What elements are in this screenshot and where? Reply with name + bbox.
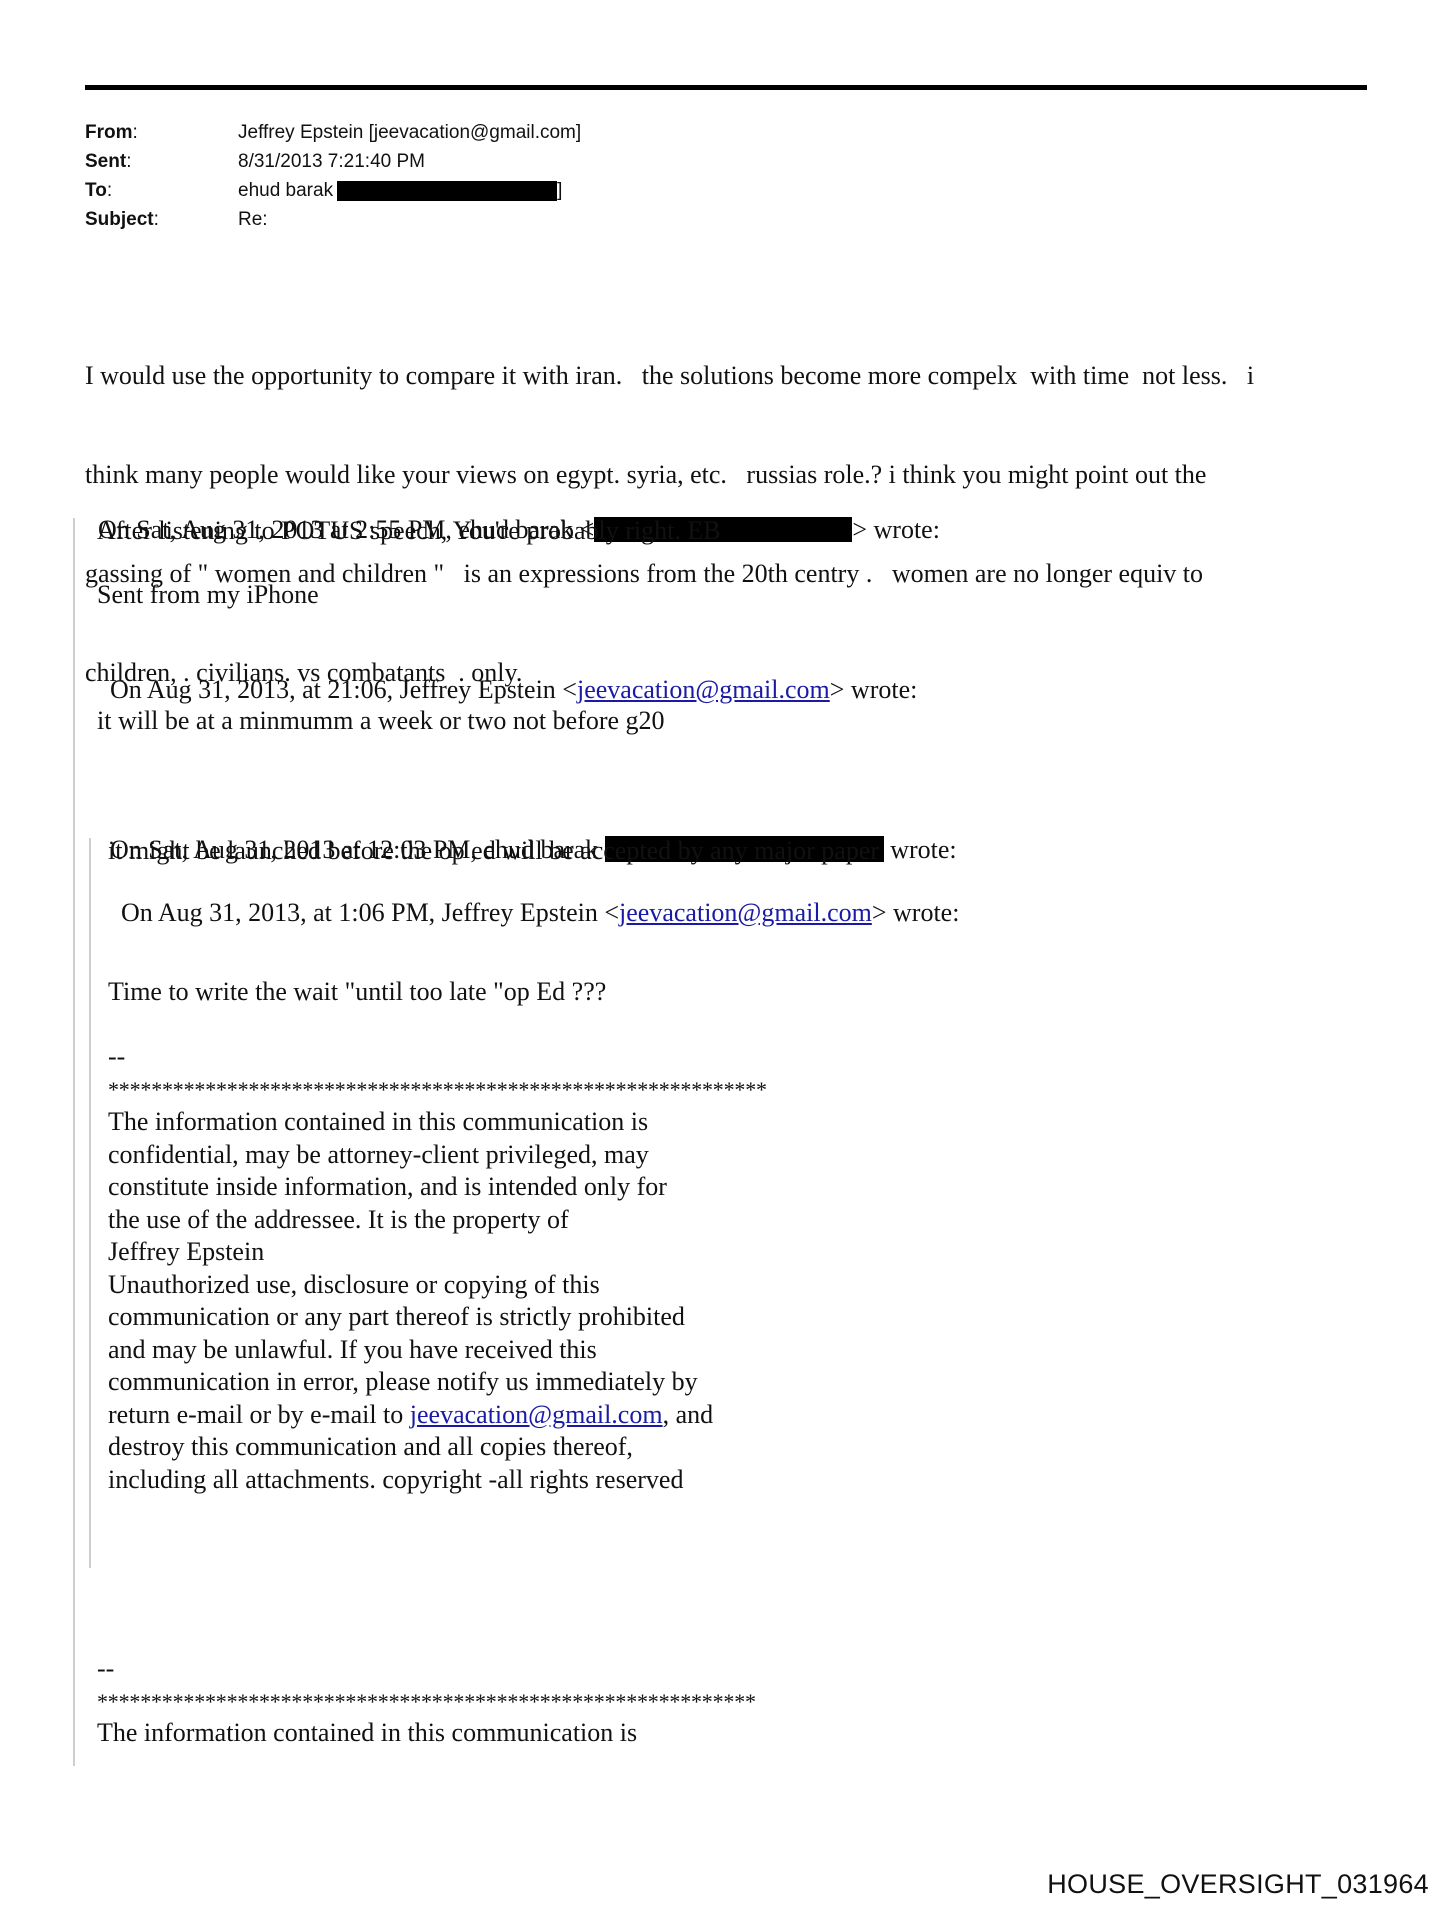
quote-text: Sent from my iPhone bbox=[97, 580, 319, 610]
quote-text: Time to write the wait "until too late "… bbox=[108, 977, 606, 1007]
quote-bar-outer bbox=[73, 518, 75, 1766]
disclaimer-line: The information contained in this commun… bbox=[108, 1106, 713, 1139]
signature-stars: ****************************************… bbox=[97, 1687, 756, 1717]
disclaimer-line: the use of the addressee. It is the prop… bbox=[108, 1204, 713, 1237]
quote-bar-inner bbox=[89, 838, 91, 1568]
to-row: To: ehud barak] bbox=[85, 176, 581, 205]
disclaimer-line: The information contained in this commun… bbox=[97, 1718, 637, 1748]
subject-label: Subject bbox=[85, 209, 154, 230]
email-link[interactable]: jeevacation@gmail.com bbox=[619, 898, 872, 927]
subject-row: Subject: Re: bbox=[85, 205, 581, 234]
disclaimer-line: Jeffrey Epstein bbox=[108, 1236, 713, 1269]
sent-label: Sent bbox=[85, 151, 126, 172]
from-label: From bbox=[85, 122, 133, 143]
to-name: ehud barak bbox=[238, 180, 333, 201]
disclaimer-line: communication in error, please notify us… bbox=[108, 1366, 713, 1399]
disclaimer-line: destroy this communication and all copie… bbox=[108, 1431, 713, 1464]
subject-value: Re: bbox=[238, 205, 268, 234]
quote-text: After listening to POTUS speech, You're … bbox=[97, 516, 721, 546]
disclaimer-line: constitute inside information, and is in… bbox=[108, 1171, 713, 1204]
quote-attribution: On Aug 31, 2013, at 1:06 PM, Jeffrey Eps… bbox=[108, 868, 959, 928]
bates-number: HOUSE_OVERSIGHT_031964 bbox=[1047, 1869, 1429, 1900]
body-line: I would use the opportunity to compare i… bbox=[85, 359, 1385, 392]
header-rule bbox=[85, 85, 1367, 90]
disclaimer-line: including all attachments. copyright -al… bbox=[108, 1464, 713, 1497]
sent-row: Sent: 8/31/2013 7:21:40 PM bbox=[85, 147, 581, 176]
email-link[interactable]: jeevacation@gmail.com bbox=[577, 675, 830, 704]
quote-attribution: On Aug 31, 2013, at 21:06, Jeffrey Epste… bbox=[97, 645, 917, 705]
from-row: From: Jeffrey Epstein [jeevacation@gmail… bbox=[85, 118, 581, 147]
disclaimer-line: confidential, may be attorney-client pri… bbox=[108, 1139, 713, 1172]
disclaimer-line: and may be unlawful. If you have receive… bbox=[108, 1334, 713, 1367]
disclaimer-line: return e-mail or by e-mail to jeevacatio… bbox=[108, 1399, 713, 1432]
to-suffix: ] bbox=[557, 180, 562, 201]
sent-value: 8/31/2013 7:21:40 PM bbox=[238, 147, 425, 176]
signature-dashes: -- bbox=[97, 1654, 114, 1684]
to-label: To bbox=[85, 180, 107, 201]
signature-dashes: -- bbox=[108, 1042, 125, 1072]
signature-stars: ****************************************… bbox=[108, 1075, 767, 1105]
disclaimer-line: communication or any part thereof is str… bbox=[108, 1301, 713, 1334]
redaction-box bbox=[337, 181, 557, 201]
email-header: From: Jeffrey Epstein [jeevacation@gmail… bbox=[85, 118, 581, 234]
quote-text: it will be at a minmumm a week or two no… bbox=[97, 706, 665, 736]
quote-text: it might be launched before the op ed wi… bbox=[108, 836, 879, 866]
from-value: Jeffrey Epstein [jeevacation@gmail.com] bbox=[238, 118, 581, 147]
disclaimer: The information contained in this commun… bbox=[108, 1106, 713, 1496]
disclaimer-line: Unauthorized use, disclosure or copying … bbox=[108, 1269, 713, 1302]
email-link[interactable]: jeevacation@gmail.com bbox=[410, 1400, 663, 1429]
